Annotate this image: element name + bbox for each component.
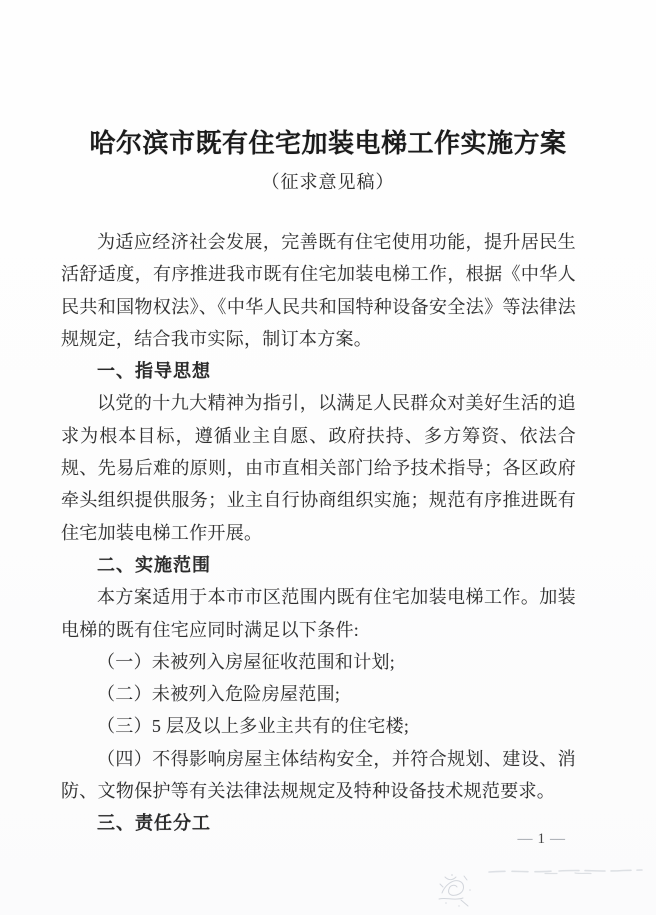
section-heading-implementation-scope: 二、实施范围 bbox=[61, 549, 576, 581]
document-subtitle: （征求意见稿） bbox=[0, 168, 656, 194]
section-heading-guiding-ideology: 一、指导思想 bbox=[61, 355, 576, 387]
page-number-dash-right: — bbox=[550, 831, 565, 847]
scanned-document-page: 哈尔滨市既有住宅加装电梯工作实施方案 （征求意见稿） 为适应经济社会发展，完善既… bbox=[0, 0, 656, 915]
intro-paragraph: 为适应经济社会发展，完善既有住宅使用功能，提升居民生活舒适度，有序推进我市既有住… bbox=[61, 226, 576, 355]
guiding-ideology-paragraph: 以党的十九大精神为指引，以满足人民群众对美好生活的追求为根本目标，遵循业主自愿、… bbox=[61, 387, 576, 548]
scope-paragraph: 本方案适用于本市市区范围内既有住宅加装电梯工作。加装电梯的既有住宅应同时满足以下… bbox=[61, 581, 576, 646]
condition-item-2: （二）未被列入危险房屋范围; bbox=[61, 678, 576, 710]
ink-smudge-icon bbox=[434, 870, 476, 910]
document-body: 为适应经济社会发展，完善既有住宅使用功能，提升居民生活舒适度，有序推进我市既有住… bbox=[61, 226, 576, 840]
condition-item-4: （四）不得影响房屋主体结构安全，并符合规划、建设、消防、文物保护等有关法律法规规… bbox=[61, 743, 576, 808]
condition-item-1: （一）未被列入房屋征收范围和计划; bbox=[61, 646, 576, 678]
section-heading-responsibility-division: 三、责任分工 bbox=[61, 807, 576, 839]
page-number-value: 1 bbox=[538, 831, 546, 847]
document-title: 哈尔滨市既有住宅加装电梯工作实施方案 bbox=[0, 123, 656, 160]
condition-item-3: （三）5 层及以上多业主共有的住宅楼; bbox=[61, 710, 576, 742]
page-number-dash-left: — bbox=[518, 831, 533, 847]
page-number: —1— bbox=[513, 831, 571, 848]
scan-streak-icon bbox=[487, 864, 645, 878]
